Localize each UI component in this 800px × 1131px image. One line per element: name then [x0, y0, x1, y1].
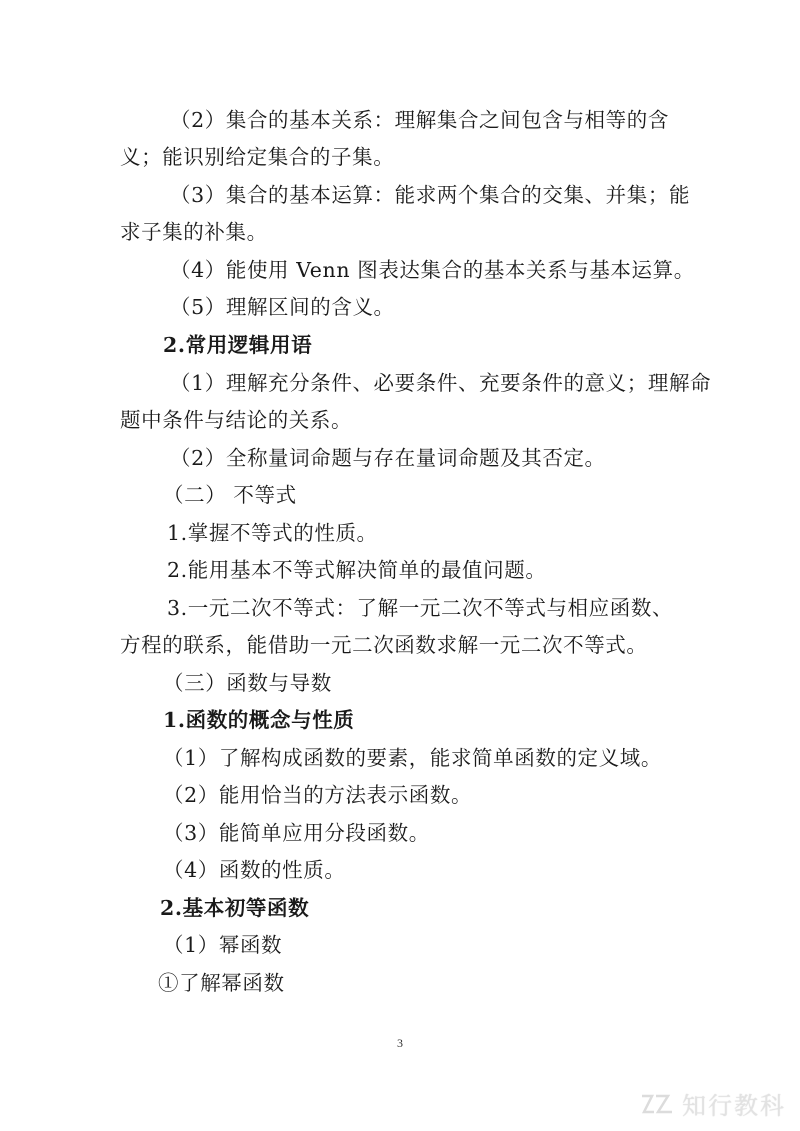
watermark-text: 知行教科 [682, 1086, 786, 1121]
document-page: （2）集合的基本关系：理解集合之间包含与相等的含 义；能识别给定集合的子集。 （… [0, 0, 800, 1131]
chapter-heading: （二） 不等式 [163, 482, 297, 508]
text-line: ①了解幂函数 [158, 970, 285, 996]
section-heading: 2.常用逻辑用语 [163, 332, 312, 358]
text-line: （2）全称量词命题与存在量词命题及其否定。 [170, 445, 606, 471]
text-line: （2）能用恰当的方法表示函数。 [163, 782, 472, 808]
section-heading: 1.函数的概念与性质 [163, 707, 354, 733]
watermark: 知行教科 [638, 1086, 786, 1121]
text-line: 2.能用基本不等式解决简单的最值问题。 [167, 557, 546, 583]
text-line: 3.一元二次不等式：了解一元二次不等式与相应函数、 [167, 595, 673, 621]
chapter-heading: （三）函数与导数 [163, 670, 332, 696]
text-line: 求子集的补集。 [120, 219, 268, 245]
text-line: 1.掌握不等式的性质。 [167, 520, 378, 546]
text-line: （1）了解构成函数的要素，能求简单函数的定义域。 [163, 745, 662, 771]
text-line: 义；能识别给定集合的子集。 [120, 144, 394, 170]
text-line: （1）幂函数 [163, 932, 282, 958]
text-line: 题中条件与结论的关系。 [120, 407, 352, 433]
page-number: 3 [0, 1036, 800, 1051]
text-line: （4）函数的性质。 [163, 857, 345, 883]
text-line: （4）能使用 Venn 图表达集合的基本关系与基本运算。 [170, 257, 695, 283]
text-line: （3）集合的基本运算：能求两个集合的交集、并集；能 [170, 182, 690, 208]
text-line: （5）理解区间的含义。 [170, 294, 395, 320]
text-line: （1）理解充分条件、必要条件、充要条件的意义；理解命 [170, 370, 711, 396]
zhixing-logo-icon [638, 1092, 678, 1116]
text-line: 方程的联系，能借助一元二次函数求解一元二次不等式。 [120, 632, 648, 658]
text-line: （3）能简单应用分段函数。 [163, 820, 430, 846]
text-line: （2）集合的基本关系：理解集合之间包含与相等的含 [170, 107, 669, 133]
section-heading: 2.基本初等函数 [160, 895, 309, 921]
